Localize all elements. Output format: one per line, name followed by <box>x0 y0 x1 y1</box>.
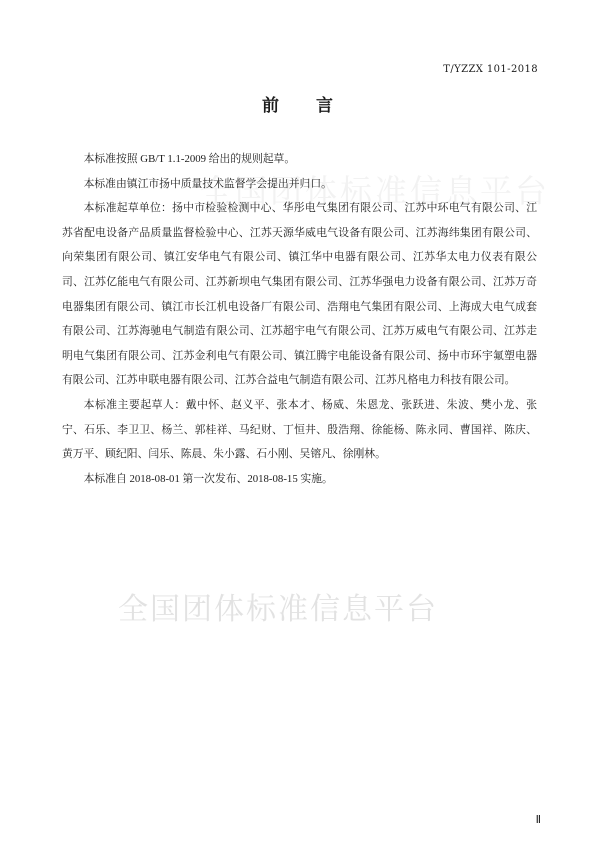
standard-number: T/YZZX 101-2018 <box>443 64 538 75</box>
foreword-body: 本标准按照 GB/T 1.1-2009 给出的规则起草。 本标准由镇江市扬中质量… <box>62 147 537 491</box>
page-title: 前 言 <box>0 91 596 116</box>
paragraph-drafting-rules: 本标准按照 GB/T 1.1-2009 给出的规则起草。 <box>62 147 537 172</box>
document-page: T/YZZX 101-2018 前 言 全国团体标准信息平台 全国团体标准信息平… <box>0 0 596 842</box>
paragraph-main-drafters: 本标准主要起草人：戴中怀、赵义平、张本才、杨威、朱恩龙、张跃进、朱波、樊小龙、张… <box>62 393 537 467</box>
watermark-main: 全国团体标准信息平台 <box>118 584 438 628</box>
paragraph-drafting-organizations: 本标准起草单位：扬中市检验检测中心、华彤电气集团有限公司、江苏中环电气有限公司、… <box>62 196 537 393</box>
paragraph-proposing-body: 本标准由镇江市扬中质量技术监督学会提出并归口。 <box>62 172 537 197</box>
page-number: Ⅱ <box>536 813 541 826</box>
paragraph-publication-dates: 本标准自 2018-08-01 第一次发布、2018-08-15 实施。 <box>62 467 537 492</box>
